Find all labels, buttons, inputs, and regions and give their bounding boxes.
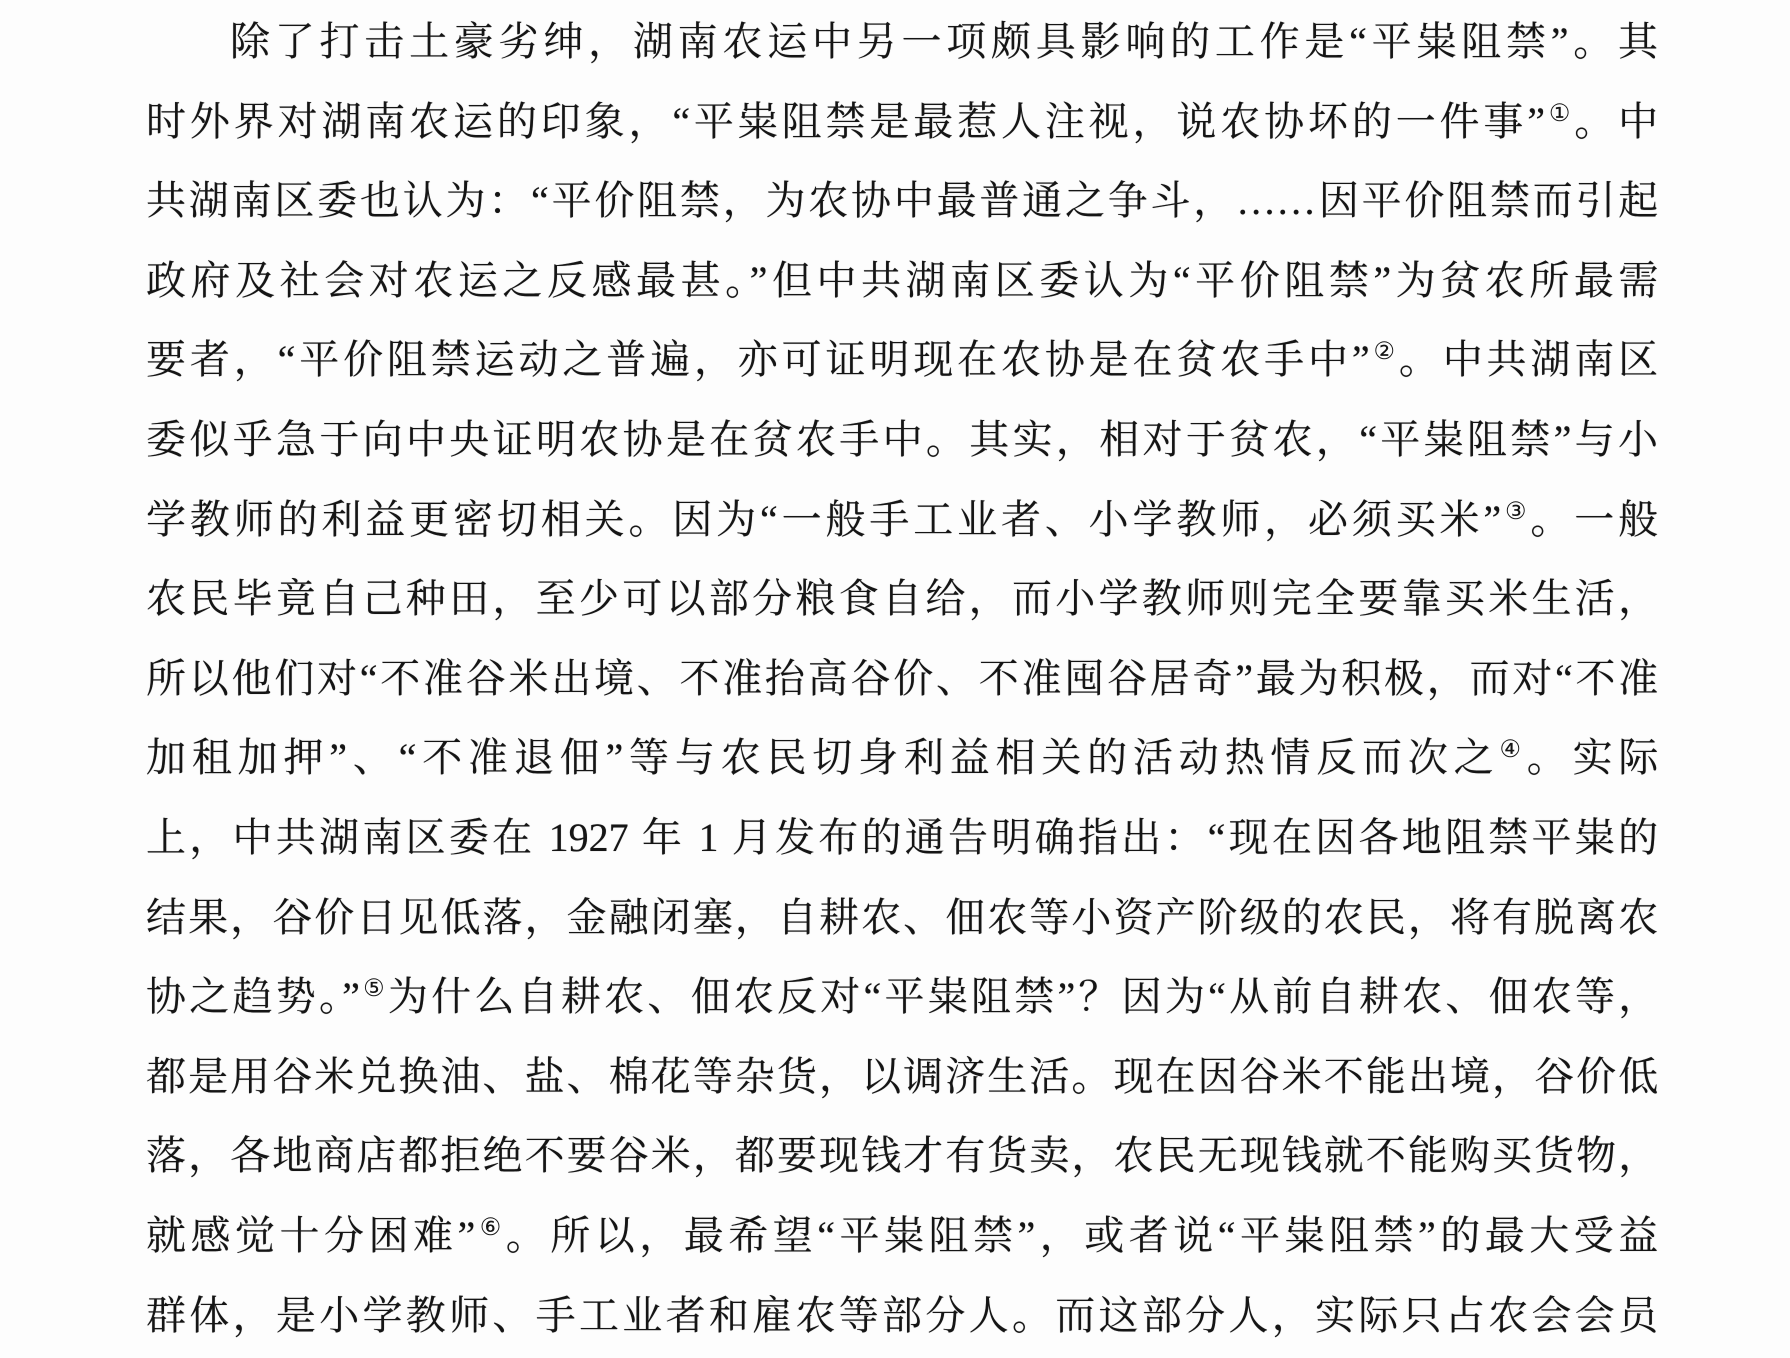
text-line: 都是用谷米兑换油、盐、棉花等杂货，以调济生活。现在因谷米不能出境，谷价低: [146, 1037, 1658, 1117]
text-line: 落，各地商店都拒绝不要谷米，都要现钱才有货卖，农民无现钱就不能购买货物，: [146, 1116, 1658, 1196]
footnote-marker: ③: [1501, 499, 1530, 525]
footnote-marker: ④: [1499, 737, 1526, 763]
text-line: 农民毕竟自己种田，至少可以部分粮食自给，而小学教师则完全要靠买米生活，: [146, 559, 1658, 639]
text-line: 委似乎急于向中央证明农协是在贫农手中。其实，相对于贫农，“平粜阻禁”与小: [146, 400, 1658, 480]
footnote-marker: ⑥: [475, 1215, 506, 1241]
footnote-marker: ②: [1370, 339, 1399, 365]
text-line: 除了打击土豪劣绅，湖南农运中另一项颇具影响的工作是“平粜阻禁”。其: [146, 2, 1658, 82]
text-line: 群体，是小学教师、手工业者和雇农等部分人。而这部分人，实际只占农会会员: [146, 1276, 1658, 1356]
footnote-marker: ①: [1545, 101, 1574, 127]
text-line: 学教师的利益更密切相关。因为“一般手工业者、小学教师，必须买米”③。一般: [146, 480, 1658, 560]
text-line: 政府及社会对农运之反感最甚。”但中共湖南区委认为“平价阻禁”为贫农所最需: [146, 241, 1658, 321]
text-line: 加租加押”、“不准退佃”等与农民切身利益相关的活动热情反而次之④。实际: [146, 718, 1658, 798]
text-line: 协之趋势。”⑤为什么自耕农、佃农反对“平粜阻禁”？因为“从前自耕农、佃农等，: [146, 957, 1658, 1037]
paragraph-text-block: 除了打击土豪劣绅，湖南农运中另一项颇具影响的工作是“平粜阻禁”。其时外界对湖南农…: [146, 2, 1658, 1355]
text-line: 结果，谷价日见低落，金融闭塞，自耕农、佃农等小资产阶级的农民，将有脱离农: [146, 878, 1658, 958]
footnote-marker: ⑤: [360, 976, 388, 1002]
text-line: 上，中共湖南区委在 1927 年 1 月发布的通告明确指出：“现在因各地阻禁平粜…: [146, 798, 1658, 878]
text-line: 时外界对湖南农运的印象，“平粜阻禁是最惹人注视，说农协坏的一件事”①。中: [146, 82, 1658, 162]
text-line: 所以他们对“不准谷米出境、不准抬高谷价、不准囤谷居奇”最为积极，而对“不准: [146, 639, 1658, 719]
text-line: 要者，“平价阻禁运动之普遍，亦可证明现在农协是在贫农手中”②。中共湖南区: [146, 320, 1658, 400]
text-line: 共湖南区委也认为：“平价阻禁，为农协中最普通之争斗，……因平价阻禁而引起: [146, 161, 1658, 241]
text-line: 就感觉十分困难”⑥。所以，最希望“平粜阻禁”，或者说“平粜阻禁”的最大受益: [146, 1196, 1658, 1276]
book-page: 除了打击土豪劣绅，湖南农运中另一项颇具影响的工作是“平粜阻禁”。其时外界对湖南农…: [0, 0, 1790, 1358]
